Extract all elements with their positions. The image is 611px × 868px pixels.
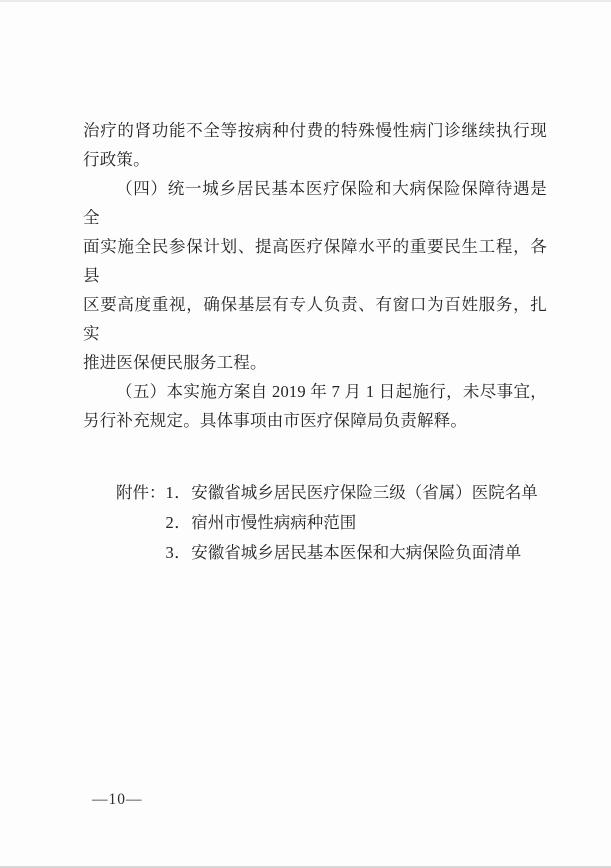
attachment-number: 3． [166,543,192,562]
text-line: 区要高度重视，确保基层有专人负责、有窗口为百姓服务，扎实 [83,290,547,348]
page-number: —10— [92,791,143,809]
document-body: 治疗的肾功能不全等按病种付费的特殊慢性病门诊继续执行现 行政策。 （四）统一城乡… [83,116,547,568]
text-line: 治疗的肾功能不全等按病种付费的特殊慢性病门诊继续执行现 [83,116,547,145]
text-line: （四）统一城乡居民基本医疗保险和大病保险保障待遇是全 [83,174,547,232]
attachments-list: 附件：1．安徽省城乡居民医疗保险三级（省属）医院名单 2．宿州市慢性病病种范围 … [83,478,547,568]
attachment-item: 2．宿州市慢性病病种范围 [116,508,547,538]
attachment-title: 安徽省城乡居民基本医保和大病保险负面清单 [191,543,521,562]
attachment-number: 2． [166,513,192,532]
paragraph-item-4: （四）统一城乡居民基本医疗保险和大病保险保障待遇是全 面实施全民参保计划、提高医… [83,174,547,377]
paragraph-item-5: （五）本实施方案自 2019 年 7 月 1 日起施行，未尽事宜， 另行补充规定… [83,377,547,435]
attachment-title: 宿州市慢性病病种范围 [191,513,356,532]
text-line: 行政策。 [83,145,547,174]
attachment-item: 附件：1．安徽省城乡居民医疗保险三级（省属）医院名单 [116,478,547,508]
text-line: 面实施全民参保计划、提高医疗保障水平的重要民生工程，各县 [83,232,547,290]
attachment-number: 1． [166,483,192,502]
attachments-label: 附件： [116,483,166,502]
text-line: （五）本实施方案自 2019 年 7 月 1 日起施行，未尽事宜， [83,377,547,406]
document-page: 治疗的肾功能不全等按病种付费的特殊慢性病门诊继续执行现 行政策。 （四）统一城乡… [0,0,611,868]
attachment-title: 安徽省城乡居民医疗保险三级（省属）医院名单 [191,483,538,502]
attachment-item: 3．安徽省城乡居民基本医保和大病保险负面清单 [116,538,547,568]
text-line: 另行补充规定。具体事项由市医疗保障局负责解释。 [83,406,547,435]
paragraph-continuation: 治疗的肾功能不全等按病种付费的特殊慢性病门诊继续执行现 行政策。 [83,116,547,174]
scan-top-edge [0,0,611,2]
text-line: 推进医保便民服务工程。 [83,348,547,377]
